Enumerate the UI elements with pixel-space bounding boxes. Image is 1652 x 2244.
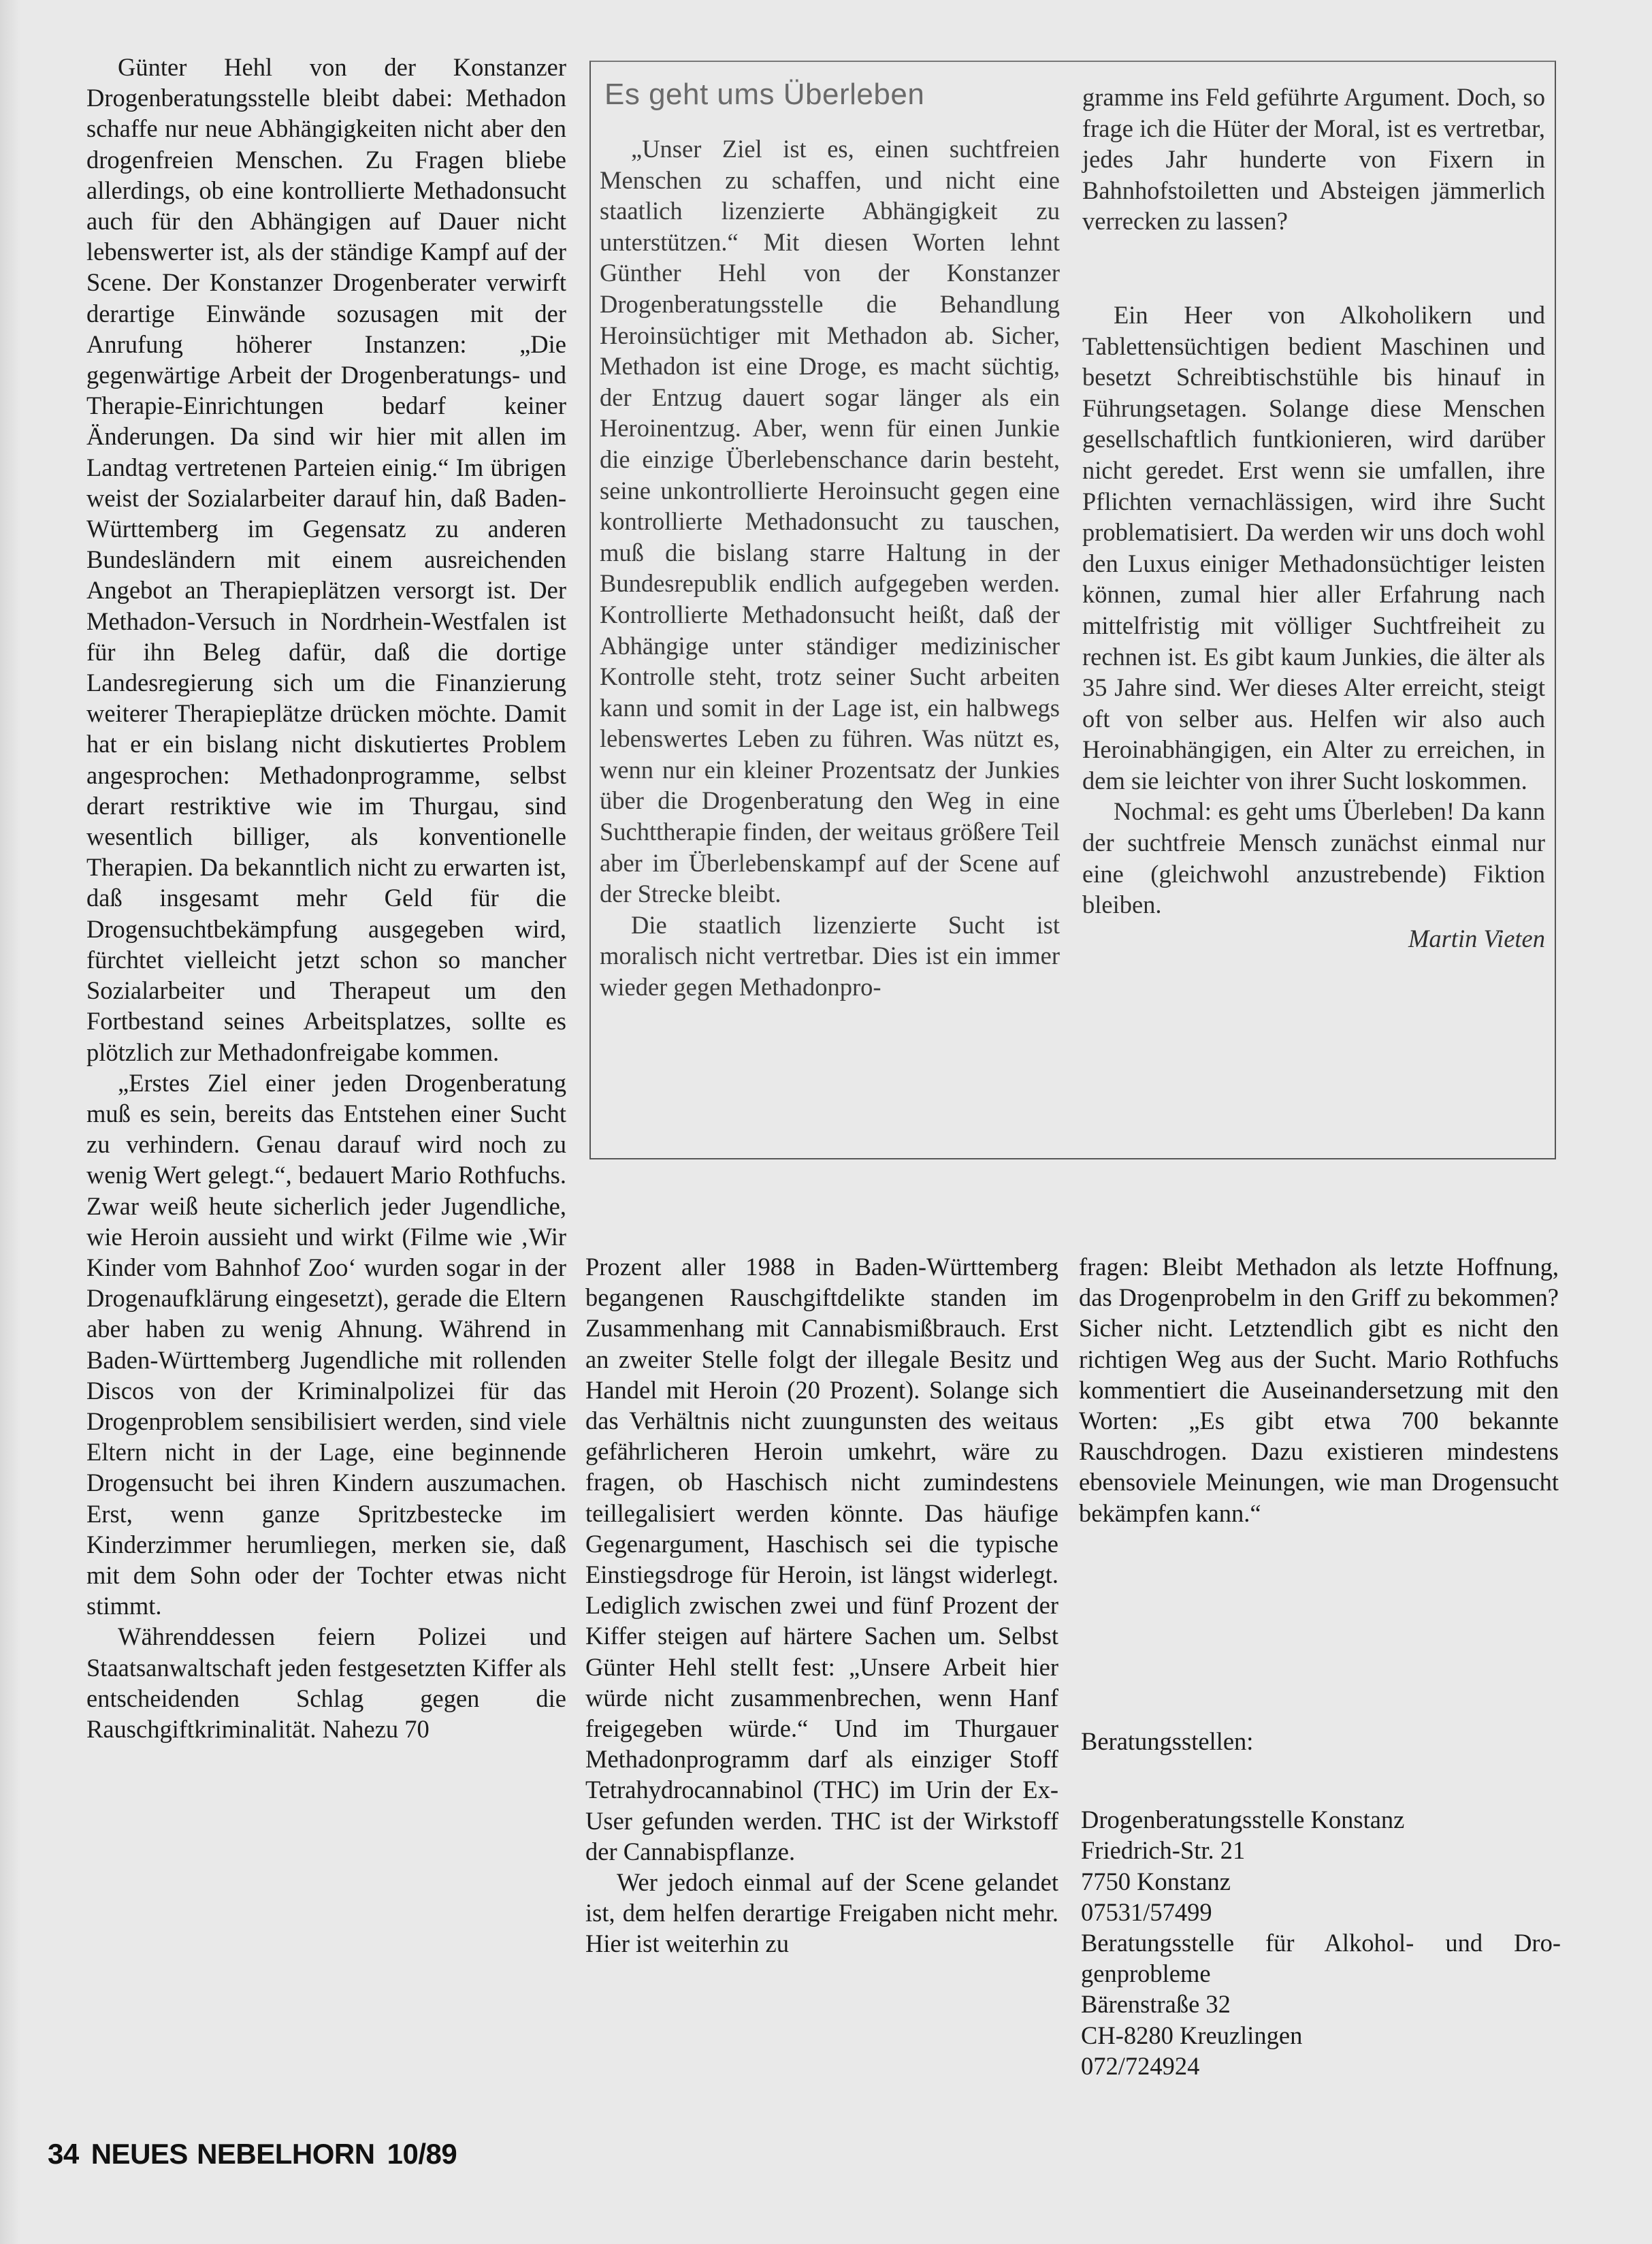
paragraph: Währenddessen feiern Polizei und Staatsa…	[86, 1621, 566, 1744]
article-column-middle: Prozent aller 1988 in Baden-Württemberg …	[585, 1251, 1058, 1959]
contact-phone: 07531/57499	[1081, 1897, 1561, 1927]
contact-city: CH-8280 Kreuzlingen	[1081, 2020, 1561, 2051]
paragraph: Die staatlich lizenzierte Sucht ist mora…	[600, 910, 1060, 1003]
page-footer: 34NEUES NEBELHORN10/89	[48, 2138, 469, 2170]
paragraph-spacer	[1082, 237, 1545, 300]
contact-name: Drogenberatungsstelle Konstanz	[1081, 1804, 1561, 1835]
paragraph: Ein Heer von Alkoholikern und Tablettens…	[1082, 300, 1545, 797]
contact-entry: Drogenberatungsstelle Konstanz Friedrich…	[1081, 1804, 1561, 1927]
page-number: 34	[48, 2138, 79, 2170]
paragraph: Nochmal: es geht ums Überleben! Da kann …	[1082, 796, 1545, 920]
article-column-left: Günter Hehl von der Konstanzer Drogenber…	[86, 52, 566, 1744]
contacts-heading: Beratungsstellen:	[1081, 1726, 1561, 1757]
paragraph: fragen: Bleibt Methadon als letzte Hoffn…	[1079, 1251, 1559, 1528]
paragraph: Prozent aller 1988 in Baden-Württemberg …	[585, 1251, 1058, 1867]
contact-street: Friedrich-Str. 21	[1081, 1835, 1561, 1865]
issue-number: 10/89	[387, 2138, 457, 2170]
contact-list: Beratungsstellen: Drogenberatungsstelle …	[1081, 1726, 1561, 2081]
sidebar-column-1: „Unser Ziel ist es, einen suchtfreien Me…	[600, 133, 1060, 1003]
article-column-right: fragen: Bleibt Methadon als letzte Hoffn…	[1079, 1251, 1559, 1528]
paragraph: „Unser Ziel ist es, einen suchtfreien Me…	[600, 133, 1060, 910]
contact-city: 7750 Konstanz	[1081, 1866, 1561, 1897]
paragraph: Wer jedoch einmal auf der Scene gelandet…	[585, 1867, 1058, 1959]
paragraph: „Erstes Ziel einer jeden Drogenberatung …	[86, 1068, 566, 1622]
sidebar-title: Es geht ums Überleben	[604, 78, 924, 112]
contact-entry: Beratungsstelle für Alkohol- und Dro- ge…	[1081, 1927, 1561, 2081]
page-shadow-edge	[0, 0, 20, 2244]
paragraph: Günter Hehl von der Konstanzer Drogenber…	[86, 52, 566, 1068]
contact-phone: 072/724924	[1081, 2051, 1561, 2081]
paragraph: gramme ins Feld geführte Argument. Doch,…	[1082, 82, 1545, 237]
contact-name: Beratungsstelle für Alkohol- und Dro-	[1081, 1927, 1561, 1958]
publication-name: NEUES NEBELHORN	[91, 2138, 375, 2170]
sidebar-column-2: gramme ins Feld geführte Argument. Doch,…	[1082, 82, 1545, 954]
contact-name-continued: genprobleme	[1081, 1958, 1561, 1989]
contact-street: Bärenstraße 32	[1081, 1989, 1561, 2019]
author-byline: Martin Vieten	[1082, 923, 1545, 955]
